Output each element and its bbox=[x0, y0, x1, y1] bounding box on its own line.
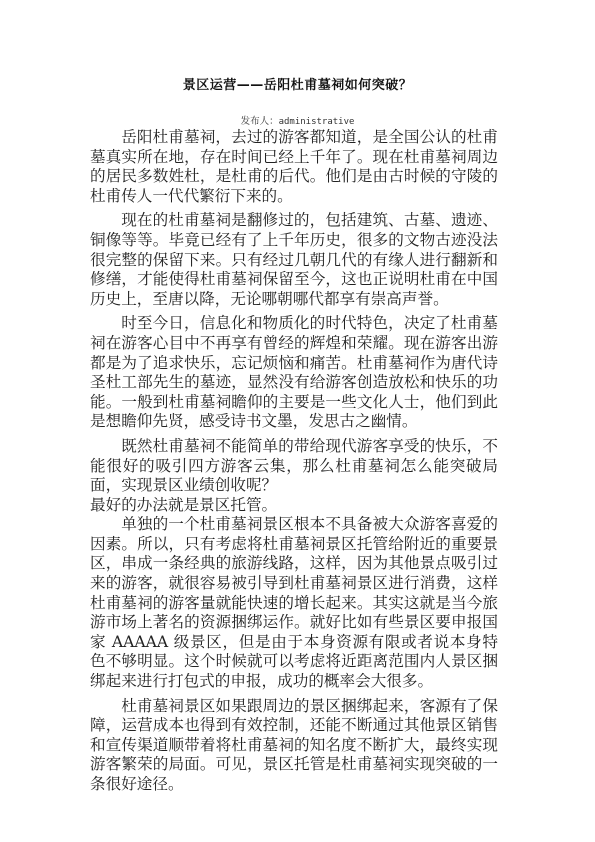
paragraph-5: 最好的办法就是景区托管。 bbox=[90, 496, 498, 516]
paragraph-7: 杜甫墓祠景区如果跟周边的景区捆绑起来，客源有了保障，运营成本也得到有效控制，还能… bbox=[90, 697, 498, 795]
article-body: 岳阳杜甫墓祠，去过的游客都知道，是全国公认的杜甫墓真实所在地，存在时间已经上千年… bbox=[90, 128, 498, 800]
author-line: 发布人：administrative bbox=[0, 113, 595, 127]
document-title: 景区运营——岳阳杜甫墓祠如何突破？ bbox=[0, 74, 595, 93]
paragraph-2: 现在的杜甫墓祠是翻修过的，包括建筑、古墓、遗迹、铜像等等。毕竟已经有了上千年历史… bbox=[90, 211, 498, 309]
author-name: administrative bbox=[279, 117, 355, 127]
author-label: 发布人： bbox=[241, 116, 279, 127]
paragraph-1: 岳阳杜甫墓祠，去过的游客都知道，是全国公认的杜甫墓真实所在地，存在时间已经上千年… bbox=[90, 128, 498, 206]
document-page: 景区运营——岳阳杜甫墓祠如何突破？ 发布人：administrative 岳阳杜… bbox=[0, 0, 595, 842]
paragraph-4: 既然杜甫墓祠不能简单的带给现代游客享受的快乐，不能很好的吸引四方游客云集，那么杜… bbox=[90, 437, 498, 496]
paragraph-3: 时至今日，信息化和物质化的时代特色，决定了杜甫墓祠在游客心目中不再享有曾经的辉煌… bbox=[90, 314, 498, 432]
paragraph-6: 单独的一个杜甫墓祠景区根本不具备被大众游客喜爱的因素。所以，只有考虑将杜甫墓祠景… bbox=[90, 515, 498, 691]
